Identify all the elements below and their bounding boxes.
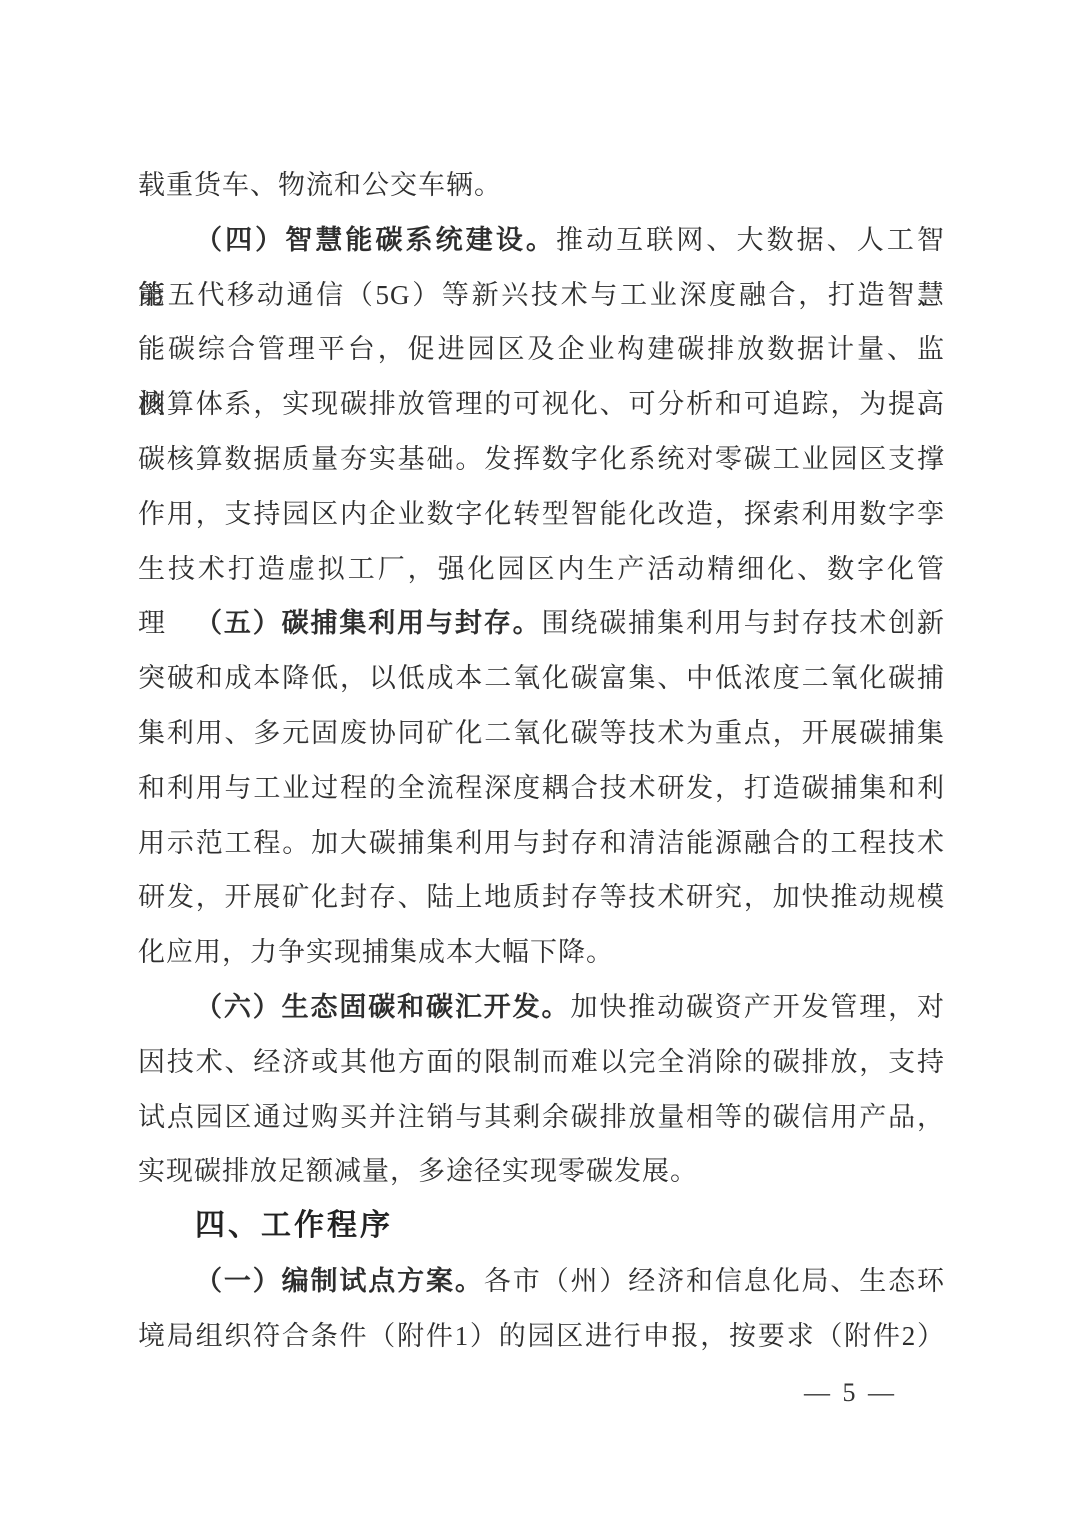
paragraph-lead: （四）智慧能碳系统建设。 — [195, 225, 556, 255]
text-block: 载重货车、物流和公交车辆。（四）智慧能碳系统建设。推动互联网、大数据、人工智能、… — [138, 158, 945, 1364]
text-line: 和利用与工业过程的全流程深度耦合技术研发，打造碳捕集和利 — [138, 761, 945, 816]
text-line: 生技术打造虚拟工厂，强化园区内生产活动精细化、数字化管理。 — [138, 542, 945, 597]
text-line: 境局组织符合条件（附件1）的园区进行申报，按要求（附件2） — [138, 1309, 945, 1364]
text-line: 研发，开展矿化封存、陆上地质封存等技术研究，加快推动规模 — [138, 870, 945, 925]
text-line: 碳核算数据质量夯实基础。发挥数字化系统对零碳工业园区支撑 — [138, 432, 945, 487]
text-line: 作用，支持园区内企业数字化转型智能化改造，探索利用数字孪 — [138, 487, 945, 542]
text-line: （五）碳捕集利用与封存。围绕碳捕集利用与封存技术创新 — [138, 596, 945, 651]
page-number: — 5 — — [804, 1378, 897, 1408]
text-line: 核算体系，实现碳排放管理的可视化、可分析和可追踪，为提高 — [138, 377, 945, 432]
text-line: 集利用、多元固废协同矿化二氧化碳等技术为重点，开展碳捕集 — [138, 706, 945, 761]
text-line: 因技术、经济或其他方面的限制而难以完全消除的碳排放，支持 — [138, 1035, 945, 1090]
text-line: 化应用，力争实现捕集成本大幅下降。 — [138, 925, 945, 980]
text-line: 突破和成本降低，以低成本二氧化碳富集、中低浓度二氧化碳捕 — [138, 651, 945, 706]
text-line: 试点园区通过购买并注销与其剩余碳排放量相等的碳信用产品， — [138, 1090, 945, 1145]
section-heading: 四、工作程序 — [138, 1199, 945, 1254]
paragraph-lead: （六）生态固碳和碳汇开发。 — [195, 992, 570, 1022]
text-line: （四）智慧能碳系统建设。推动互联网、大数据、人工智能、 — [138, 213, 945, 268]
paragraph-lead: （五）碳捕集利用与封存。 — [195, 608, 542, 638]
text-line: 载重货车、物流和公交车辆。 — [138, 158, 945, 213]
text-line: 能碳综合管理平台，促进园区及企业构建碳排放数据计量、监测、 — [138, 322, 945, 377]
text-line: 实现碳排放足额减量，多途径实现零碳发展。 — [138, 1144, 945, 1199]
document-page: 载重货车、物流和公交车辆。（四）智慧能碳系统建设。推动互联网、大数据、人工智能、… — [0, 0, 1080, 1528]
paragraph-lead: （一）编制试点方案。 — [195, 1266, 484, 1296]
text-line: 第五代移动通信（5G）等新兴技术与工业深度融合，打造智慧 — [138, 268, 945, 323]
text-line: （六）生态固碳和碳汇开发。加快推动碳资产开发管理，对 — [138, 980, 945, 1035]
text-line: 用示范工程。加大碳捕集利用与封存和清洁能源融合的工程技术 — [138, 816, 945, 871]
text-line: （一）编制试点方案。各市（州）经济和信息化局、生态环 — [138, 1254, 945, 1309]
